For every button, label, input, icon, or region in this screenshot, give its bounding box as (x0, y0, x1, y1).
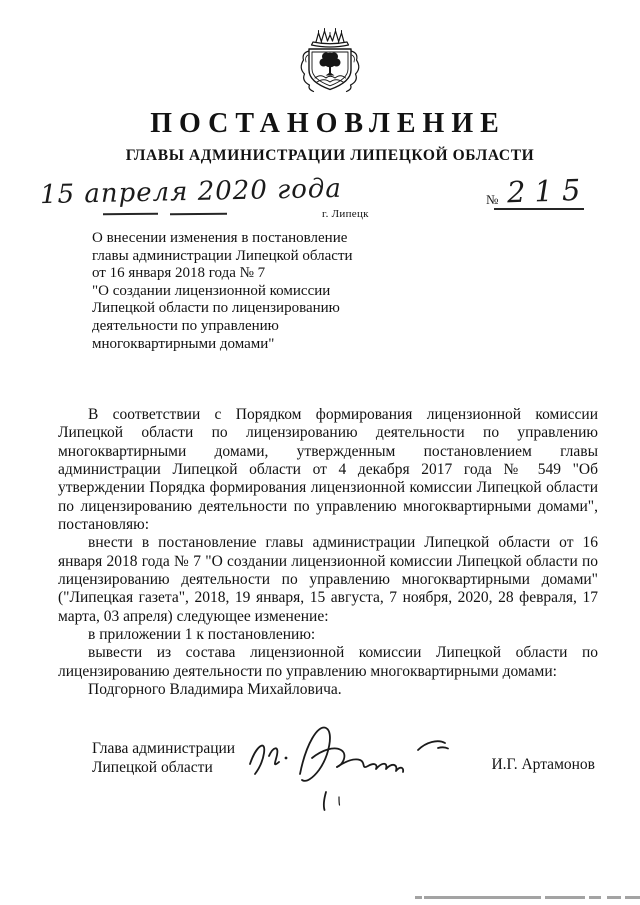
body-paragraph: вывести из состава лицензионной комиссии… (58, 644, 598, 681)
document-subtitle: ГЛАВЫ АДМИНИСТРАЦИИ ЛИПЕЦКОЙ ОБЛАСТИ (0, 147, 640, 165)
document-title: ПОСТАНОВЛЕНИЕ (0, 108, 640, 140)
decree-subject: О внесении изменения в постановление гла… (92, 230, 432, 353)
scan-artifact-line (545, 896, 585, 899)
scan-artifact-line (415, 896, 422, 899)
decree-document-page: ПОСТАНОВЛЕНИЕ ГЛАВЫ АДМИНИСТРАЦИИ ЛИПЕЦК… (0, 0, 640, 905)
handwritten-date: 15 апреля 2020 года (40, 174, 342, 210)
signer-name: И.Г. Артамонов (491, 756, 595, 774)
lipetsk-coat-of-arms-icon (296, 28, 364, 102)
scan-artifact-line (625, 896, 640, 899)
scan-artifact-line (424, 896, 541, 899)
handwritten-number: 215 (506, 173, 589, 210)
date-underline (103, 213, 158, 215)
scan-artifact-line (589, 896, 601, 899)
signer-position: Глава администрации Липецкой области (92, 739, 235, 777)
date-underline (170, 213, 227, 215)
handwritten-signature (242, 712, 477, 817)
decree-body: В соответствии с Порядком формирования л… (58, 406, 598, 700)
body-paragraph: внести в постановление главы администрац… (58, 534, 598, 626)
scan-artifact-line (607, 896, 621, 899)
body-paragraph: В соответствии с Порядком формирования л… (58, 406, 598, 534)
body-paragraph: Подгорного Владимира Михайловича. (58, 681, 598, 699)
body-paragraph: в приложении 1 к постановлению: (58, 626, 598, 644)
number-underline (494, 208, 584, 210)
number-sign: № (486, 192, 498, 208)
place-label: г. Липецк (322, 208, 369, 220)
